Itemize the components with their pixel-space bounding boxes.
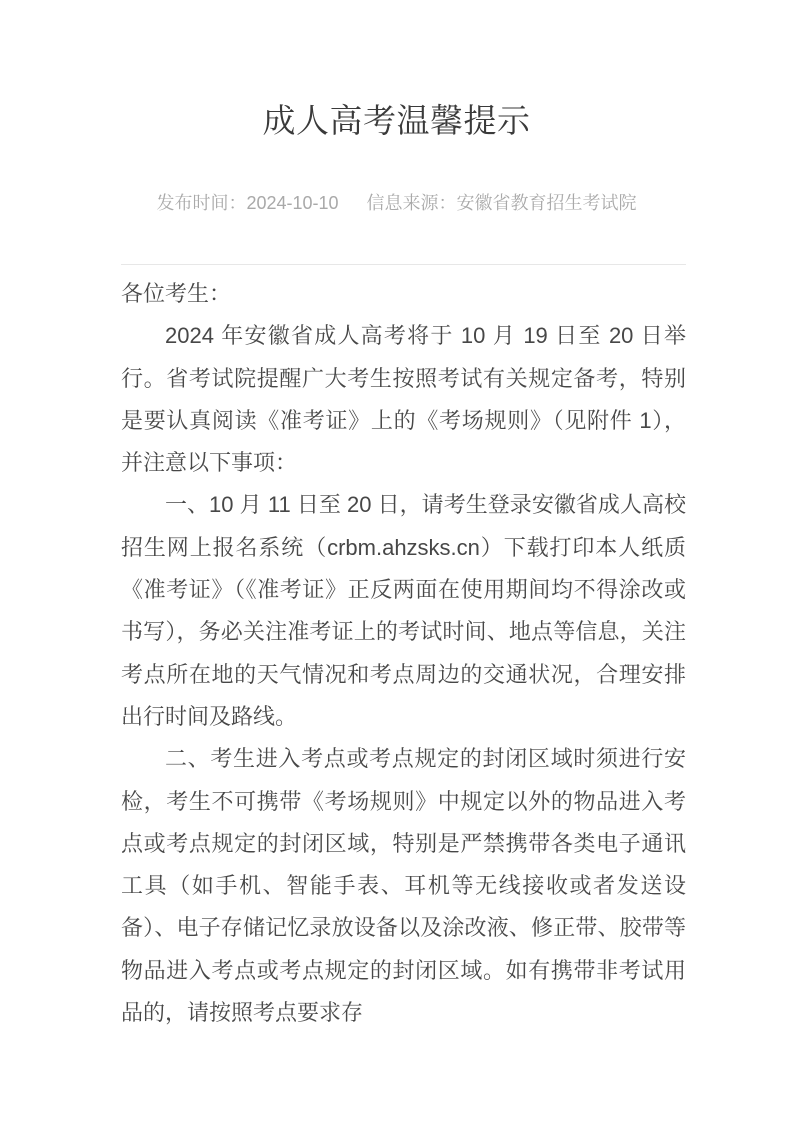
info-source: 信息来源：安徽省教育招生考试院	[367, 193, 637, 213]
publish-time-label: 发布时间：	[156, 193, 246, 213]
paragraph-item-1: 一、10 月 11 日至 20 日，请考生登录安徽省成人高校招生网上报名系统（c…	[121, 484, 686, 738]
article-body: 各位考生： 2024 年安徽省成人高考将于 10 月 19 日至 20 日举行。…	[121, 273, 686, 1034]
publish-time-value: 2024-10-10	[246, 193, 338, 213]
info-source-value: 安徽省教育招生考试院	[457, 193, 637, 213]
salutation: 各位考生：	[121, 273, 686, 315]
paragraph-item-2: 二、考生进入考点或考点规定的封闭区域时须进行安检，考生不可携带《考场规则》中规定…	[121, 738, 686, 1034]
document-page: 成人高考温馨提示 发布时间：2024-10-10信息来源：安徽省教育招生考试院 …	[0, 0, 793, 1122]
article-meta: 发布时间：2024-10-10信息来源：安徽省教育招生考试院	[0, 190, 793, 216]
page-title: 成人高考温馨提示	[0, 100, 793, 144]
divider	[121, 264, 686, 265]
info-source-label: 信息来源：	[367, 193, 457, 213]
paragraph-intro: 2024 年安徽省成人高考将于 10 月 19 日至 20 日举行。省考试院提醒…	[121, 315, 686, 484]
publish-time: 发布时间：2024-10-10	[156, 193, 338, 213]
